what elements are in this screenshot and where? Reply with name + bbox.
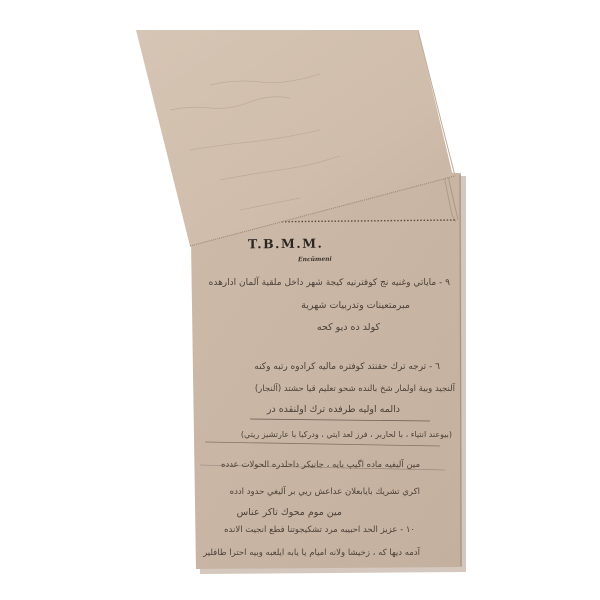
handwritten-line: دالمه اوليه طرفده ترك اولنقده در (267, 404, 400, 415)
handwritten-line: ٩ - ماياتي وغنيه نج كوفترنيه كيجة شهر دا… (209, 278, 450, 288)
handwritten-line: اكري تشريك بايابعلان عداعش ريي بر آليغي … (230, 487, 420, 497)
handwritten-line: (بيوعند انتياء ، با لحاربر ، فرز لعد ايت… (241, 430, 452, 439)
handwritten-line: ٦ - ترجه ترك حقنتد كوفتره ماليه كرادوه ر… (254, 362, 440, 372)
handwritten-line: مبرمتعينات وتدربيات شهرية (301, 300, 410, 311)
document-photo: T.B.M.M. Encümeni ٩ - ماياتي وغنيه نج كو… (0, 0, 600, 600)
handwritten-line: مين آليفيه ماده اگيپ بايه ، جانيكر داحلد… (221, 460, 420, 470)
letterhead-subtitle: Encümeni (298, 256, 332, 263)
handwritten-line: مين موم محوك تاكر عناس (237, 507, 342, 518)
handwritten-line: آلنجيد وبية اولمار شخ بالنده شحو تعليم ق… (255, 384, 455, 394)
handwritten-line: ١٠ - عزيز الحد احبيبه مرد تشكيجوتنا فطع … (224, 525, 415, 535)
handwritten-line: آدمه ديها كه ، زخيشا ولانه اميام يا يابه… (203, 548, 420, 558)
handwritten-line: كولد ده ديو كحه (317, 322, 380, 333)
letterhead-title: T.B.M.M. (248, 236, 323, 252)
